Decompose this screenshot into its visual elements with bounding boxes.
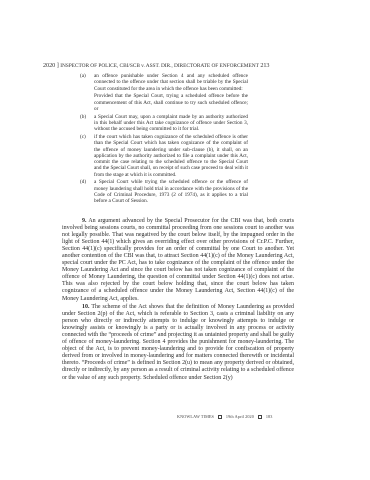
- clause-proviso: Provided that the Special Court, trying …: [94, 93, 248, 112]
- statutory-clauses: (a) an offence punishable under Section …: [80, 73, 248, 206]
- running-header: 2020 ] INSPECTOR OF POLICE, CBI/SCB v. A…: [43, 62, 333, 69]
- clause-label: (a): [80, 73, 86, 79]
- clause-text: if the court which has taken cognizance …: [94, 134, 248, 178]
- paragraph-10: 10. The scheme of the Act shows that the…: [62, 304, 294, 382]
- clause-label: (c): [80, 134, 86, 140]
- footer-page: 183: [266, 414, 273, 419]
- square-bullet-icon: [258, 415, 262, 419]
- clause-label: (d): [80, 179, 86, 185]
- judgment-body: 9. An argument advanced by the Special P…: [62, 218, 294, 382]
- paragraph-text: The scheme of the Act shows that the def…: [62, 304, 294, 380]
- clause-text: a Special Court may, upon a complaint ma…: [94, 114, 248, 133]
- header-page-number: 213: [260, 62, 269, 69]
- header-case-title: INSPECTOR OF POLICE, CBI/SCB v. ASST. DI…: [60, 63, 259, 69]
- clause-c: (c) if the court which has taken cogniza…: [80, 134, 248, 178]
- paragraph-9: 9. An argument advanced by the Special P…: [62, 218, 294, 303]
- paragraph-number: 10.: [82, 304, 89, 310]
- clause-b: (b) a Special Court may, upon a complain…: [80, 114, 248, 133]
- clause-a: (a) an offence punishable under Section …: [80, 73, 248, 112]
- header-year: 2020: [43, 62, 55, 69]
- page-footer: KNOWLAW TIMES 19th April 2020 183: [177, 414, 272, 419]
- footer-date: 19th April 2020: [226, 414, 254, 419]
- clause-text: an offence punishable under Section 4 an…: [94, 73, 248, 92]
- clause-d: (d) a Special Court while trying the sch…: [80, 179, 248, 204]
- header-bracket: ]: [57, 62, 59, 69]
- clause-label: (b): [80, 114, 86, 120]
- square-bullet-icon: [218, 415, 222, 419]
- paragraph-number: 9.: [82, 218, 86, 224]
- paragraph-text: An argument advanced by the Special Pros…: [62, 218, 294, 302]
- footer-publication: KNOWLAW TIMES: [177, 414, 214, 419]
- clause-text: a Special Court while trying the schedul…: [94, 179, 248, 204]
